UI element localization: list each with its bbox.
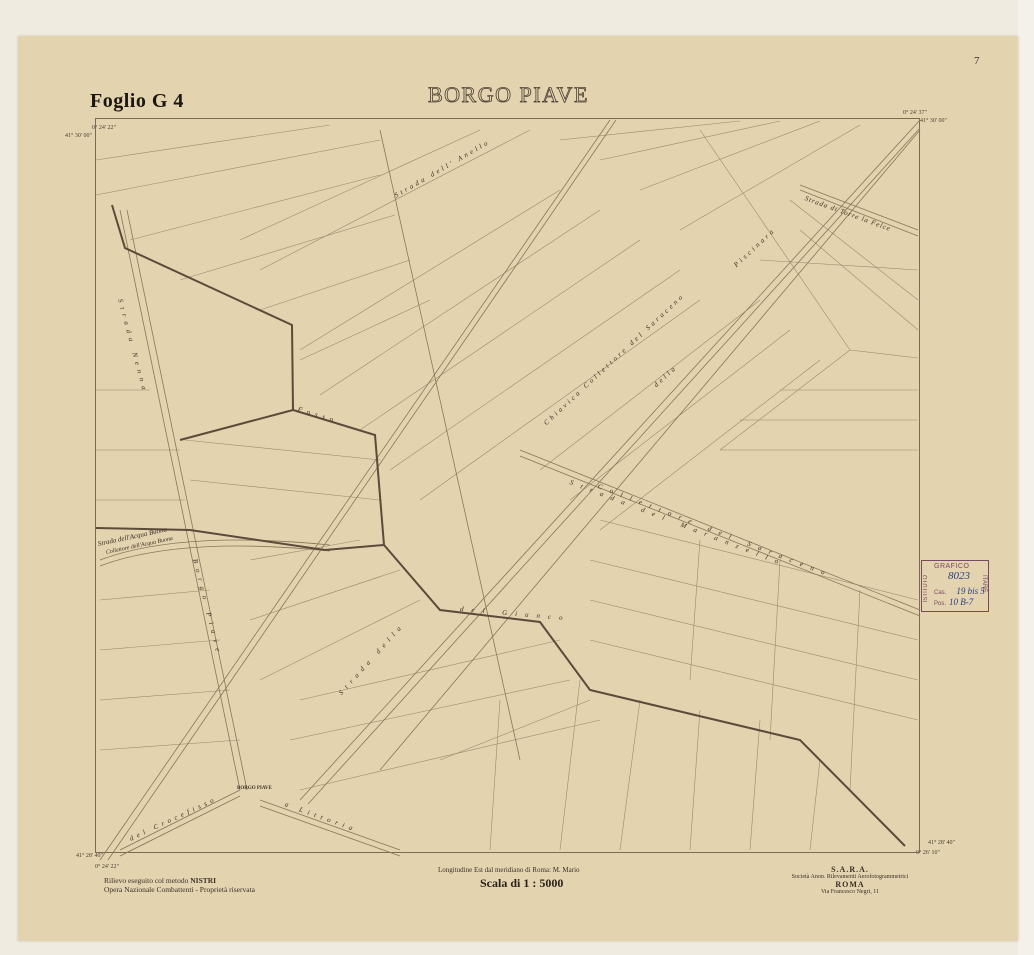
- parcel-lines: [96, 121, 918, 850]
- stamp-pos-value: 10 B-7: [949, 597, 973, 607]
- survey-note: Rilievo eseguito col metodo NISTRI Opera…: [104, 876, 255, 894]
- archive-stamp: GRAFICO ISTITUTO ITARE 8023 Cas.19 bis 5…: [921, 560, 989, 612]
- owner-line: Opera Nazionale Combattenti - Proprietà …: [104, 885, 255, 894]
- longitude-note: Longitudine Est dal meridiano di Roma: M…: [438, 866, 580, 874]
- stamp-row-cas: Cas.19 bis 5: [934, 586, 985, 596]
- publisher-address: Via Francesco Negri, 11: [790, 889, 910, 897]
- publisher-short: S.A.R.A.: [790, 866, 910, 874]
- stamp-left-text: ISTITUTO: [923, 575, 929, 602]
- label-borgo-piave-village: BORGO PIAVE: [237, 786, 272, 791]
- stamp-pos-label: Pos.: [934, 601, 946, 607]
- stamp-cas-value: 19 bis 5: [956, 586, 985, 596]
- cadastral-map: [0, 0, 1034, 955]
- stamp-number: 8023: [948, 570, 970, 582]
- survey-line: Rilievo eseguito col metodo: [104, 876, 188, 885]
- stamp-cas-label: Cas.: [934, 590, 946, 596]
- publisher-city: ROMA: [790, 881, 910, 889]
- stamp-row-pos: Pos.10 B-7: [934, 597, 973, 607]
- stamp-top-text: GRAFICO: [934, 563, 969, 570]
- survey-method: NISTRI: [190, 876, 216, 885]
- scale-label: Scala di 1 : 5000: [480, 876, 563, 891]
- canal: [96, 205, 905, 846]
- roads: [100, 120, 920, 860]
- publisher-block: S.A.R.A. Società Anon. Rilevamenti Aerof…: [790, 866, 910, 896]
